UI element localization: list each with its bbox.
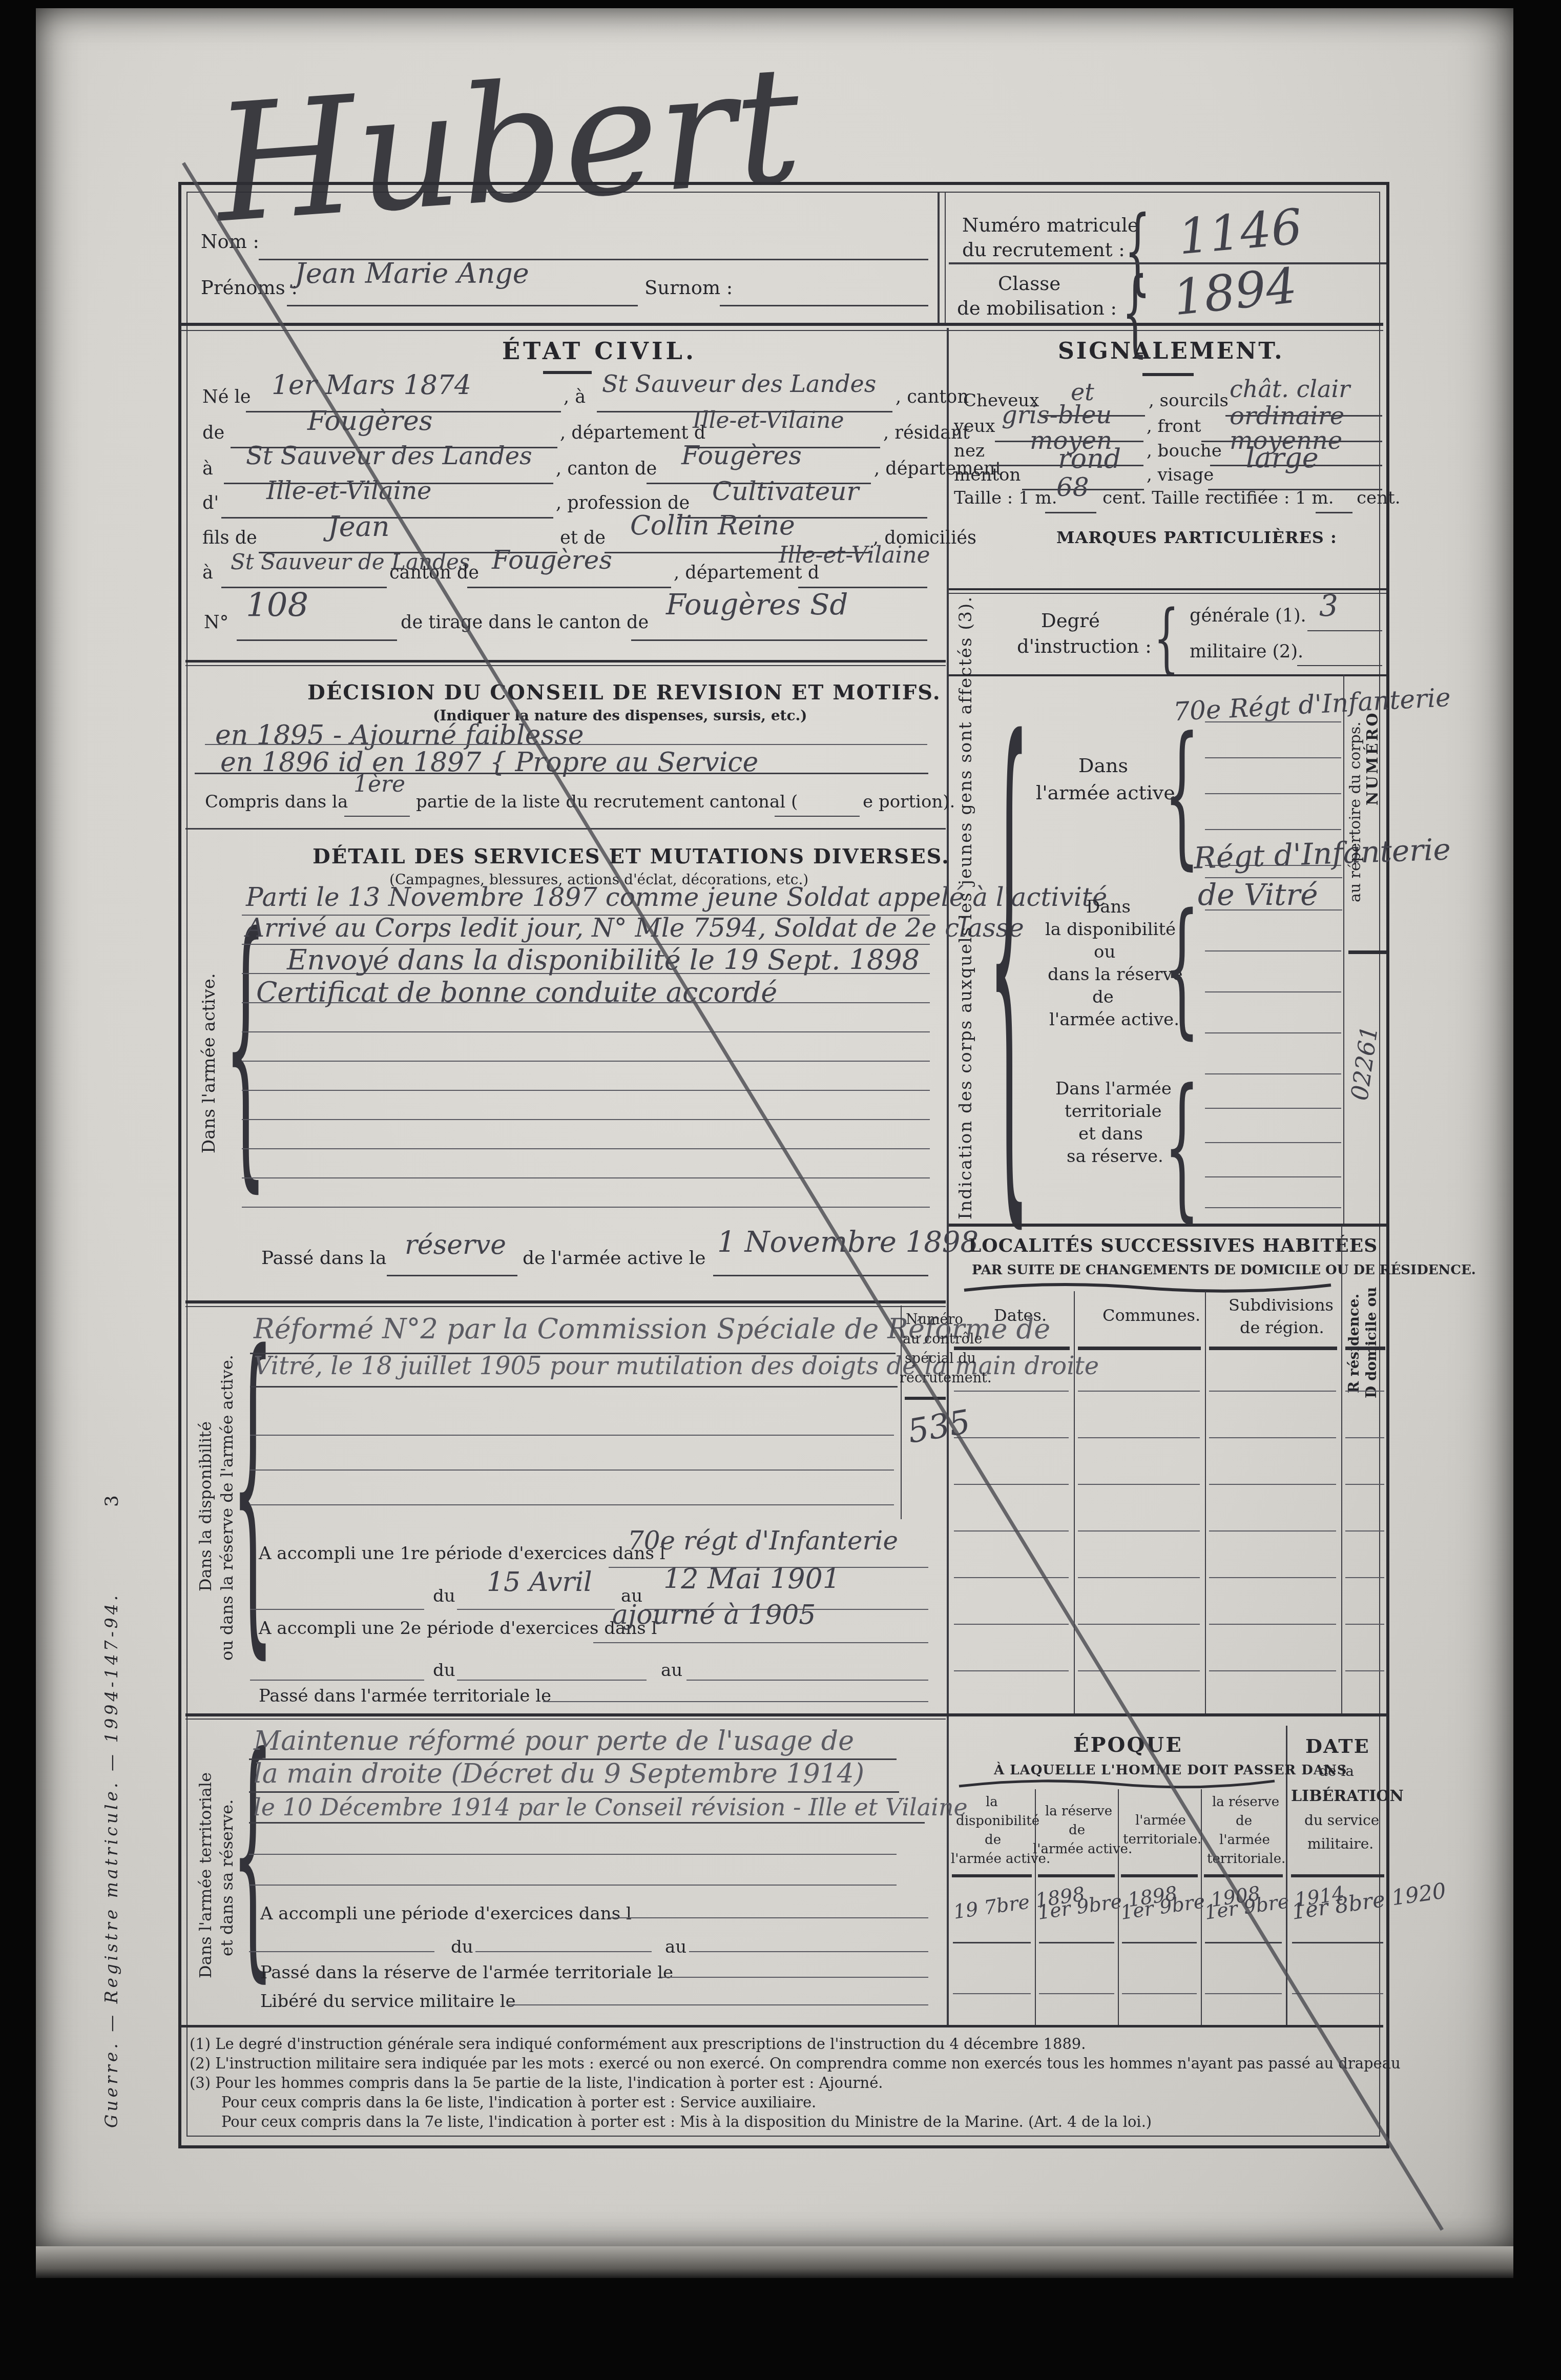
- page-curl-edge: [36, 2246, 1513, 2278]
- register-sheet-photo: Hubert Nom : Prénoms : Jean Marie Ange S…: [0, 0, 1561, 2380]
- pen-stroke-line: [0, 0, 1561, 2380]
